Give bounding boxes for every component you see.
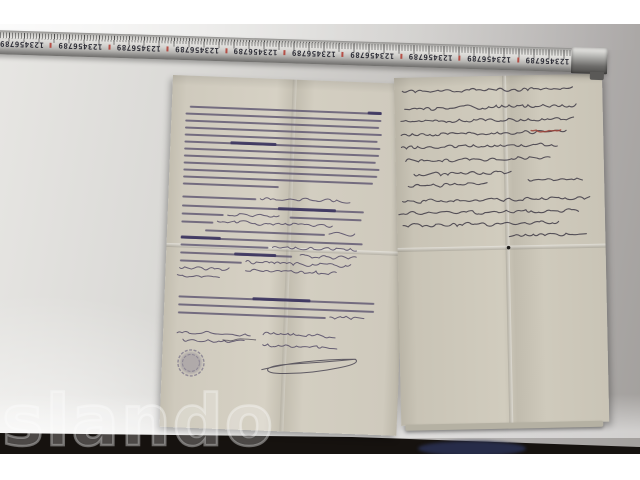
red-strikethrough xyxy=(531,130,561,132)
printed-bold-segment xyxy=(368,112,382,116)
handwriting-entry xyxy=(300,254,356,260)
stamp-ring xyxy=(177,349,204,376)
fold-crease-horizontal xyxy=(398,244,606,252)
ruler-end-cap xyxy=(571,47,608,74)
background-shadow-blob xyxy=(418,441,526,454)
handwriting-entry xyxy=(260,196,350,203)
handwriting-line xyxy=(408,182,487,187)
handwriting-line xyxy=(403,196,590,204)
handwriting-line xyxy=(401,143,557,150)
signature xyxy=(528,178,582,181)
printed-text-line xyxy=(290,217,362,222)
ruler-digit-group: 123456789 xyxy=(116,43,161,53)
handwriting-entry xyxy=(177,330,250,336)
handwriting-line xyxy=(414,171,511,177)
handwriting-line xyxy=(401,130,566,137)
printed-text-line xyxy=(182,195,256,200)
handwriting-entry xyxy=(183,338,244,344)
handwriting-entry xyxy=(246,268,337,274)
ruler-red-mark xyxy=(108,45,110,50)
ruler-red-mark xyxy=(283,51,285,56)
ruler-red-mark xyxy=(459,56,461,61)
handwriting-entry xyxy=(263,344,337,350)
handwriting-entry xyxy=(263,332,335,338)
printed-text-line xyxy=(178,303,374,313)
stamp-seal xyxy=(177,349,204,376)
printed-bold-segment xyxy=(181,235,221,240)
handwriting-entry xyxy=(330,316,364,320)
printed-bold-segment xyxy=(252,297,310,302)
ruler-digit-group: 123456789 xyxy=(291,49,336,59)
ruler-digit-group: 123456789 xyxy=(175,45,220,55)
handwriting-entry xyxy=(177,275,219,279)
ruler-red-mark xyxy=(167,47,169,52)
handwriting-entry xyxy=(246,260,351,268)
handwriting-line xyxy=(403,220,559,228)
stamp-ring xyxy=(182,354,200,372)
printed-text-line xyxy=(182,204,364,213)
printed-bold-segment xyxy=(230,141,276,146)
printed-text-line xyxy=(178,311,326,319)
signature xyxy=(509,233,586,237)
ruler-red-mark xyxy=(342,52,344,57)
handwriting-line xyxy=(402,86,572,93)
handwriting-line xyxy=(399,208,579,216)
printed-text-line xyxy=(182,212,224,216)
signature-flourish xyxy=(262,356,357,377)
ruler-digit-group: 123456789 xyxy=(350,51,395,61)
printed-text-line xyxy=(183,182,279,188)
ruler-red-mark xyxy=(50,43,52,48)
ruler-digit-group: 123456789 xyxy=(525,56,570,66)
handwriting-line xyxy=(405,103,577,111)
handwriting-line xyxy=(406,156,550,163)
document-photo: 1234567891234567891234567891234567891234… xyxy=(0,24,640,454)
handwriting-entry xyxy=(180,266,230,271)
ruler-red-mark xyxy=(517,58,519,63)
ruler-red-mark xyxy=(225,49,227,54)
ruler-digit-group: 123456789 xyxy=(0,40,44,50)
printed-text-line xyxy=(180,259,242,263)
photo-frame: 1234567891234567891234567891234567891234… xyxy=(0,0,640,480)
stamp-ink-smudge xyxy=(180,351,203,374)
ruler-digit-group: 123456789 xyxy=(408,53,453,63)
handwriting-entry xyxy=(217,220,332,228)
ruler-digit-group: 123456789 xyxy=(467,54,512,64)
printed-bold-segment xyxy=(278,207,336,212)
printed-text-line xyxy=(205,229,325,236)
document-right-page xyxy=(394,74,609,426)
handwriting-entry xyxy=(228,213,279,217)
ruler-digit-group: 123456789 xyxy=(58,42,103,52)
ruler-red-mark xyxy=(400,54,402,59)
handwriting-entry xyxy=(329,232,355,236)
printed-text-line xyxy=(181,220,213,223)
signature-date xyxy=(223,338,256,342)
watermark: slando xyxy=(2,386,275,454)
ruler-digit-group: 123456789 xyxy=(233,47,278,57)
handwriting-line xyxy=(401,117,574,124)
printed-bold-segment xyxy=(234,252,276,257)
